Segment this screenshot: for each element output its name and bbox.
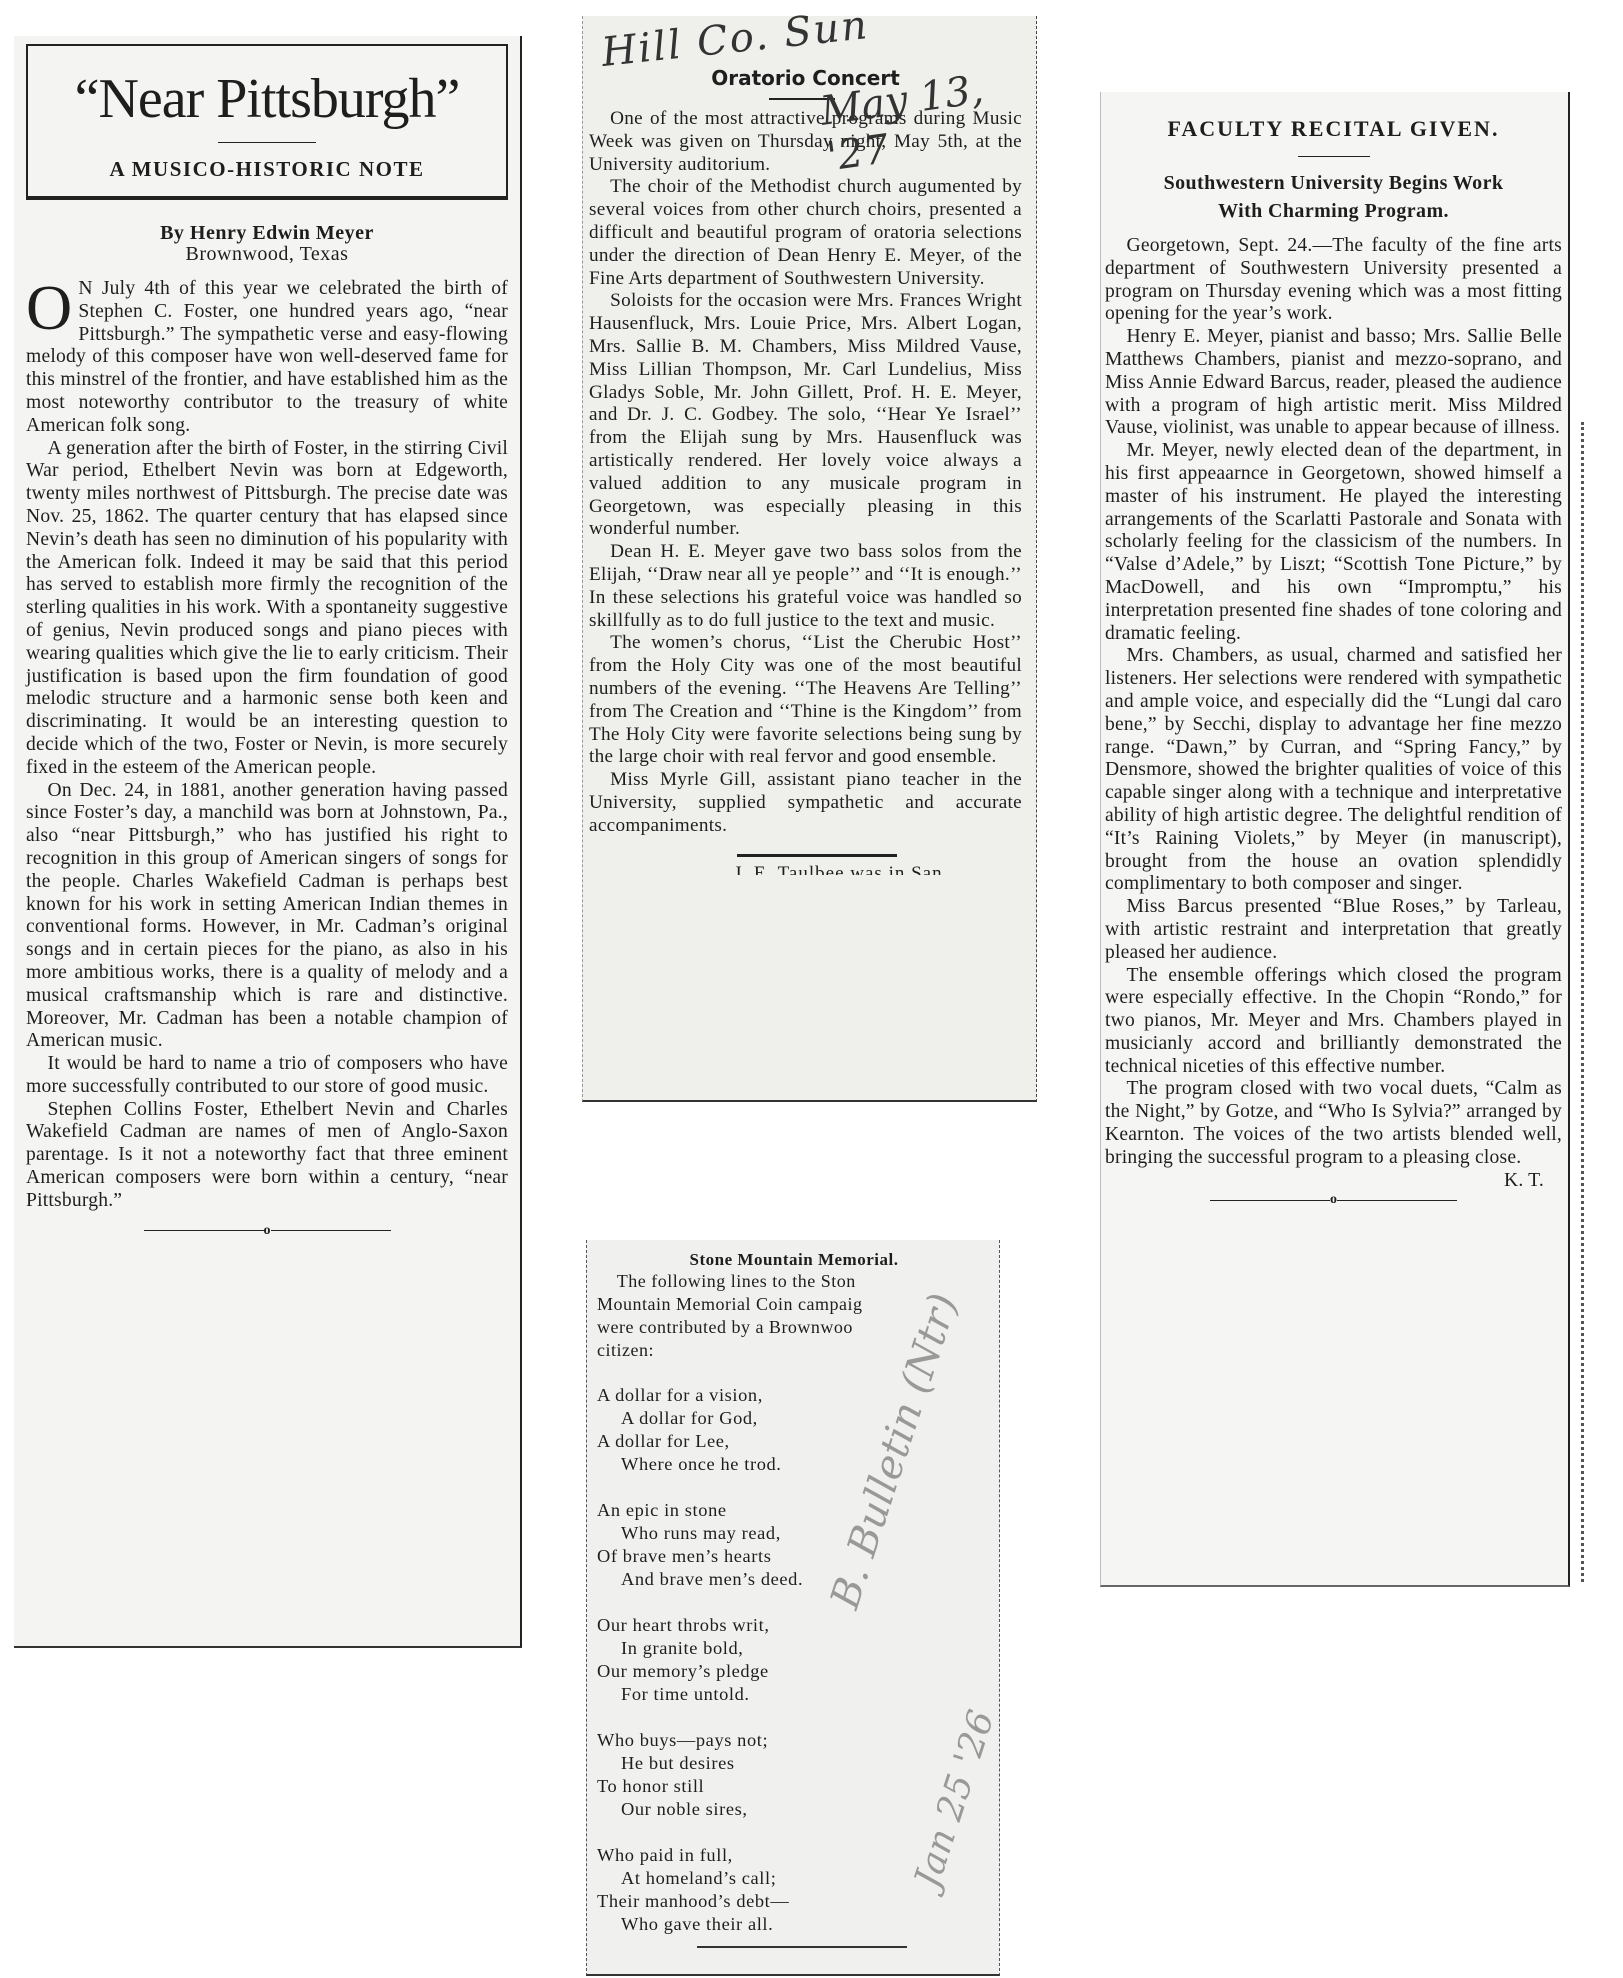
end-ornament: o xyxy=(1105,1192,1562,1208)
clipping-oratorio-concert: Hill Co. Sun May 13, '27 Oratorio Concer… xyxy=(582,16,1037,1102)
headline-box: “Near Pittsburgh” A MUSICO-HISTORIC NOTE xyxy=(26,44,508,200)
paragraph: A generation after the birth of Foster, … xyxy=(26,438,508,780)
article-body: One of the most attractive programs duri… xyxy=(589,108,1022,838)
cut-off-next-article: J. E. Taulbee was in San xyxy=(734,863,1022,875)
clipping-stone-mountain-memorial: Stone Mountain Memorial. The following l… xyxy=(586,1240,1000,1976)
headline: “Near Pittsburgh” xyxy=(28,46,506,130)
paragraph: Mr. Meyer, newly elected dean of the dep… xyxy=(1105,440,1562,645)
paragraph: The ensemble offerings which closed the … xyxy=(1105,965,1562,1079)
paragraph: The women’s chorus, ‘‘List the Cherubic … xyxy=(589,632,1022,769)
paragraph: Soloists for the occasion were Mrs. Fran… xyxy=(589,290,1022,541)
subheadline: A MUSICO-HISTORIC NOTE xyxy=(28,157,506,182)
end-rule xyxy=(737,854,897,857)
paragraph: It would be hard to name a trio of compo… xyxy=(26,1053,508,1099)
paragraph: Mrs. Chambers, as usual, charmed and sat… xyxy=(1105,645,1562,896)
article-body: ON July 4th of this year we celebrated t… xyxy=(26,278,508,1213)
paragraph: Georgetown, Sept. 24.—The faculty of the… xyxy=(1105,235,1562,326)
end-rule xyxy=(697,1946,907,1948)
paragraph: ON July 4th of this year we celebrated t… xyxy=(26,278,508,438)
paragraph: Dean H. E. Meyer gave two bass solos fro… xyxy=(589,541,1022,632)
headline-divider xyxy=(1298,156,1370,157)
paragraph: The choir of the Methodist church augume… xyxy=(589,176,1022,290)
headline: Stone Mountain Memorial. xyxy=(597,1250,991,1270)
perforated-edge xyxy=(1581,422,1584,1582)
drop-cap: O xyxy=(26,282,72,334)
paragraph: Henry E. Meyer, pianist and basso; Mrs. … xyxy=(1105,326,1562,440)
paragraph: On Dec. 24, in 1881, another generation … xyxy=(26,780,508,1054)
stanza: An epic in stone Who runs may read, Of b… xyxy=(597,1499,991,1591)
paragraph: Miss Myrle Gill, assistant piano teacher… xyxy=(589,769,1022,837)
article-body: Georgetown, Sept. 24.—The faculty of the… xyxy=(1105,235,1562,1170)
handwritten-source: Hill Co. Sun xyxy=(599,2,871,76)
paragraph: Miss Barcus presented “Blue Roses,” by T… xyxy=(1105,896,1562,964)
byline: By Henry Edwin Meyer xyxy=(26,222,508,245)
intro-line: The following lines to the Ston xyxy=(597,1270,991,1293)
headline-divider xyxy=(218,142,316,143)
end-ornament: o xyxy=(26,1223,508,1239)
paragraph: Stephen Collins Foster, Ethelbert Nevin … xyxy=(26,1099,508,1213)
subheadline: Southwestern University Begins Work With… xyxy=(1105,169,1562,225)
dateline-place: Brownwood, Texas xyxy=(26,243,508,266)
paragraph: The program closed with two vocal duets,… xyxy=(1105,1078,1562,1169)
signature: K. T. xyxy=(1482,1170,1544,1193)
stanza: Our heart throbs writ, In granite bold, … xyxy=(597,1614,991,1706)
headline: FACULTY RECITAL GIVEN. xyxy=(1105,116,1562,142)
clipping-faculty-recital: FACULTY RECITAL GIVEN. Southwestern Univ… xyxy=(1100,92,1570,1587)
clipping-near-pittsburgh: “Near Pittsburgh” A MUSICO-HISTORIC NOTE… xyxy=(14,36,522,1648)
